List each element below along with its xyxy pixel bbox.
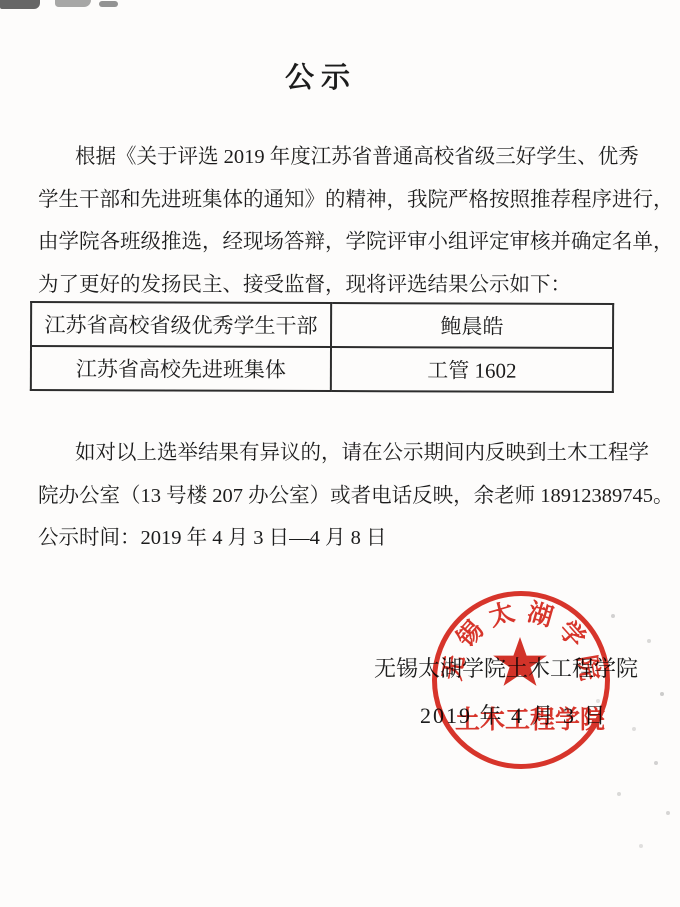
- scan-smudge: [55, 0, 91, 7]
- intro-paragraph: 根据《关于评选 2019 年度江苏省普通高校省级三好学生、优秀 学生干部和先进班…: [38, 136, 658, 307]
- seal-arc-char: 太: [486, 598, 519, 632]
- document-page: 公示 根据《关于评选 2019 年度江苏省普通高校省级三好学生、优秀 学生干部和…: [0, 0, 680, 907]
- official-seal: 无 锡 太 湖 学 院 土木工程学院: [432, 591, 610, 769]
- text-line: 公示时间：2019 年 4 月 3 日—4 月 8 日: [38, 517, 658, 560]
- recipient-cell: 工管 1602: [331, 347, 613, 392]
- award-cell: 江苏省高校省级优秀学生干部: [31, 302, 331, 347]
- award-cell: 江苏省高校先进班集体: [31, 346, 331, 391]
- seal-arc-char: 锡: [452, 616, 490, 654]
- text-line: 学生干部和先进班集体的通知》的精神，我院严格按照推荐程序进行，: [38, 179, 658, 222]
- table-row: 江苏省高校省级优秀学生干部 鲍晨皓: [31, 302, 613, 348]
- text-line: 如对以上选举结果有异议的，请在公示期间内反映到土木工程学: [38, 432, 658, 475]
- text-line: 由学院各班级推选，经现场答辩，学院评审小组评定审核并确定名单，: [38, 221, 658, 264]
- closing-paragraph: 如对以上选举结果有异议的，请在公示期间内反映到土木工程学 院办公室（13 号楼 …: [38, 432, 658, 560]
- star-icon: [492, 637, 548, 691]
- scan-speckles: [0, 0, 2, 2]
- page-title: 公示: [0, 55, 642, 96]
- awards-table: 江苏省高校省级优秀学生干部 鲍晨皓 江苏省高校先进班集体 工管 1602: [30, 301, 614, 393]
- text-line: 院办公室（13 号楼 207 办公室）或者电话反映，余老师 1891238974…: [38, 475, 658, 518]
- seal-arc-char: 无: [439, 653, 471, 683]
- table-row: 江苏省高校先进班集体 工管 1602: [31, 346, 613, 392]
- seal-arc-char: 湖: [524, 598, 557, 632]
- seal-arc-char: 院: [571, 653, 603, 683]
- scan-smudge: [0, 0, 40, 9]
- seal-arc-char: 学: [552, 616, 590, 654]
- text-line: 根据《关于评选 2019 年度江苏省普通高校省级三好学生、优秀: [38, 136, 658, 179]
- seal-banner: 土木工程学院: [453, 700, 607, 736]
- scan-smudge: [99, 1, 118, 7]
- recipient-cell: 鲍晨皓: [331, 303, 613, 348]
